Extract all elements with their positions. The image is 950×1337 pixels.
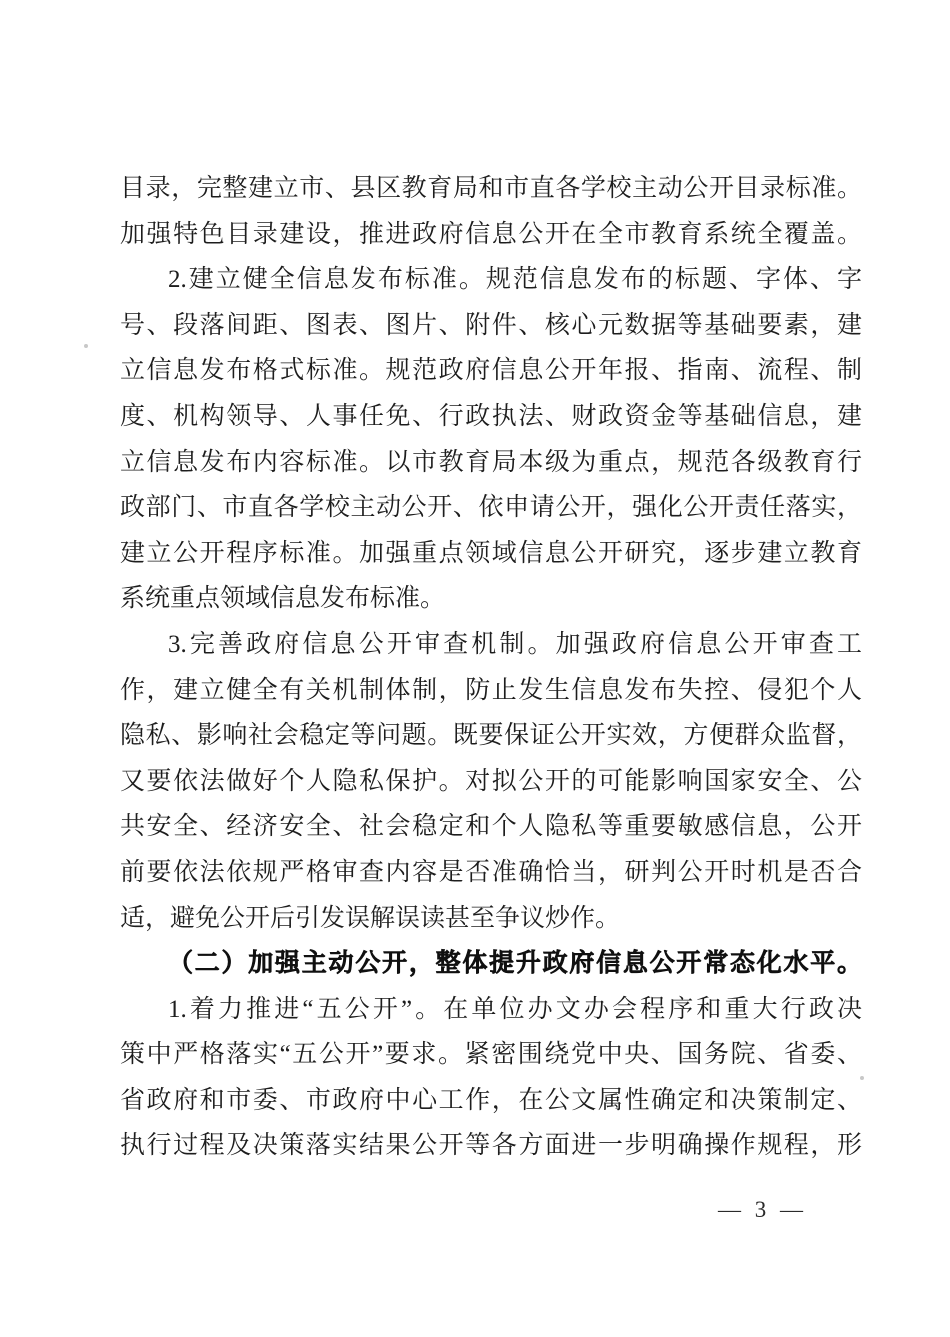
document-body: 目录，完整建立市、县区教育局和市直各学校主动公开目录标准。加强特色目录建设，推进…	[120, 166, 862, 1169]
text-line: 执行过程及决策落实结果公开等各方面进一步明确操作规程，形	[120, 1123, 862, 1169]
text-line: 适，避免公开后引发误解误读甚至争议炒作。	[120, 896, 862, 942]
text-line: 作，建立健全有关机制体制，防止发生信息发布失控、侵犯个人	[120, 668, 862, 714]
text-line: 建立公开程序标准。加强重点领域信息公开研究，逐步建立教育	[120, 531, 862, 577]
text-line: 隐私、影响社会稳定等问题。既要保证公开实效，方便群众监督，	[120, 713, 862, 759]
text-line: 目录，完整建立市、县区教育局和市直各学校主动公开目录标准。	[120, 166, 862, 212]
text-line: 立信息发布内容标准。以市教育局本级为重点，规范各级教育行	[120, 440, 862, 486]
text-line: 1.着力推进“五公开”。在单位办文办会程序和重大行政决	[120, 987, 862, 1033]
text-line: 立信息发布格式标准。规范政府信息公开年报、指南、流程、制	[120, 348, 862, 394]
section-heading: （二）加强主动公开，整体提升政府信息公开常态化水平。	[120, 941, 862, 987]
text-line: 号、段落间距、图表、图片、附件、核心元数据等基础要素，建	[120, 303, 862, 349]
text-line: 前要依法依规严格审查内容是否准确恰当，研判公开时机是否合	[120, 850, 862, 896]
text-line: 2.建立健全信息发布标准。规范信息发布的标题、字体、字	[120, 257, 862, 303]
text-line: 政部门、市直各学校主动公开、依申请公开，强化公开责任落实，	[120, 485, 862, 531]
text-line: 策中严格落实“五公开”要求。紧密围绕党中央、国务院、省委、	[120, 1032, 862, 1078]
text-line: 又要依法做好个人隐私保护。对拟公开的可能影响国家安全、公	[120, 759, 862, 805]
text-line: 共安全、经济安全、社会稳定和个人隐私等重要敏感信息，公开	[120, 804, 862, 850]
text-line: 系统重点领域信息发布标准。	[120, 576, 862, 622]
text-line: 3.完善政府信息公开审查机制。加强政府信息公开审查工	[120, 622, 862, 668]
text-line: 度、机构领导、人事任免、行政执法、财政资金等基础信息，建	[120, 394, 862, 440]
text-line: 省政府和市委、市政府中心工作，在公文属性确定和决策制定、	[120, 1078, 862, 1124]
document-page: 目录，完整建立市、县区教育局和市直各学校主动公开目录标准。加强特色目录建设，推进…	[0, 0, 950, 1337]
page-number: — 3 —	[718, 1196, 804, 1224]
scan-speck	[84, 344, 88, 348]
scan-speck	[860, 1076, 864, 1080]
text-line: 加强特色目录建设，推进政府信息公开在全市教育系统全覆盖。	[120, 212, 862, 258]
